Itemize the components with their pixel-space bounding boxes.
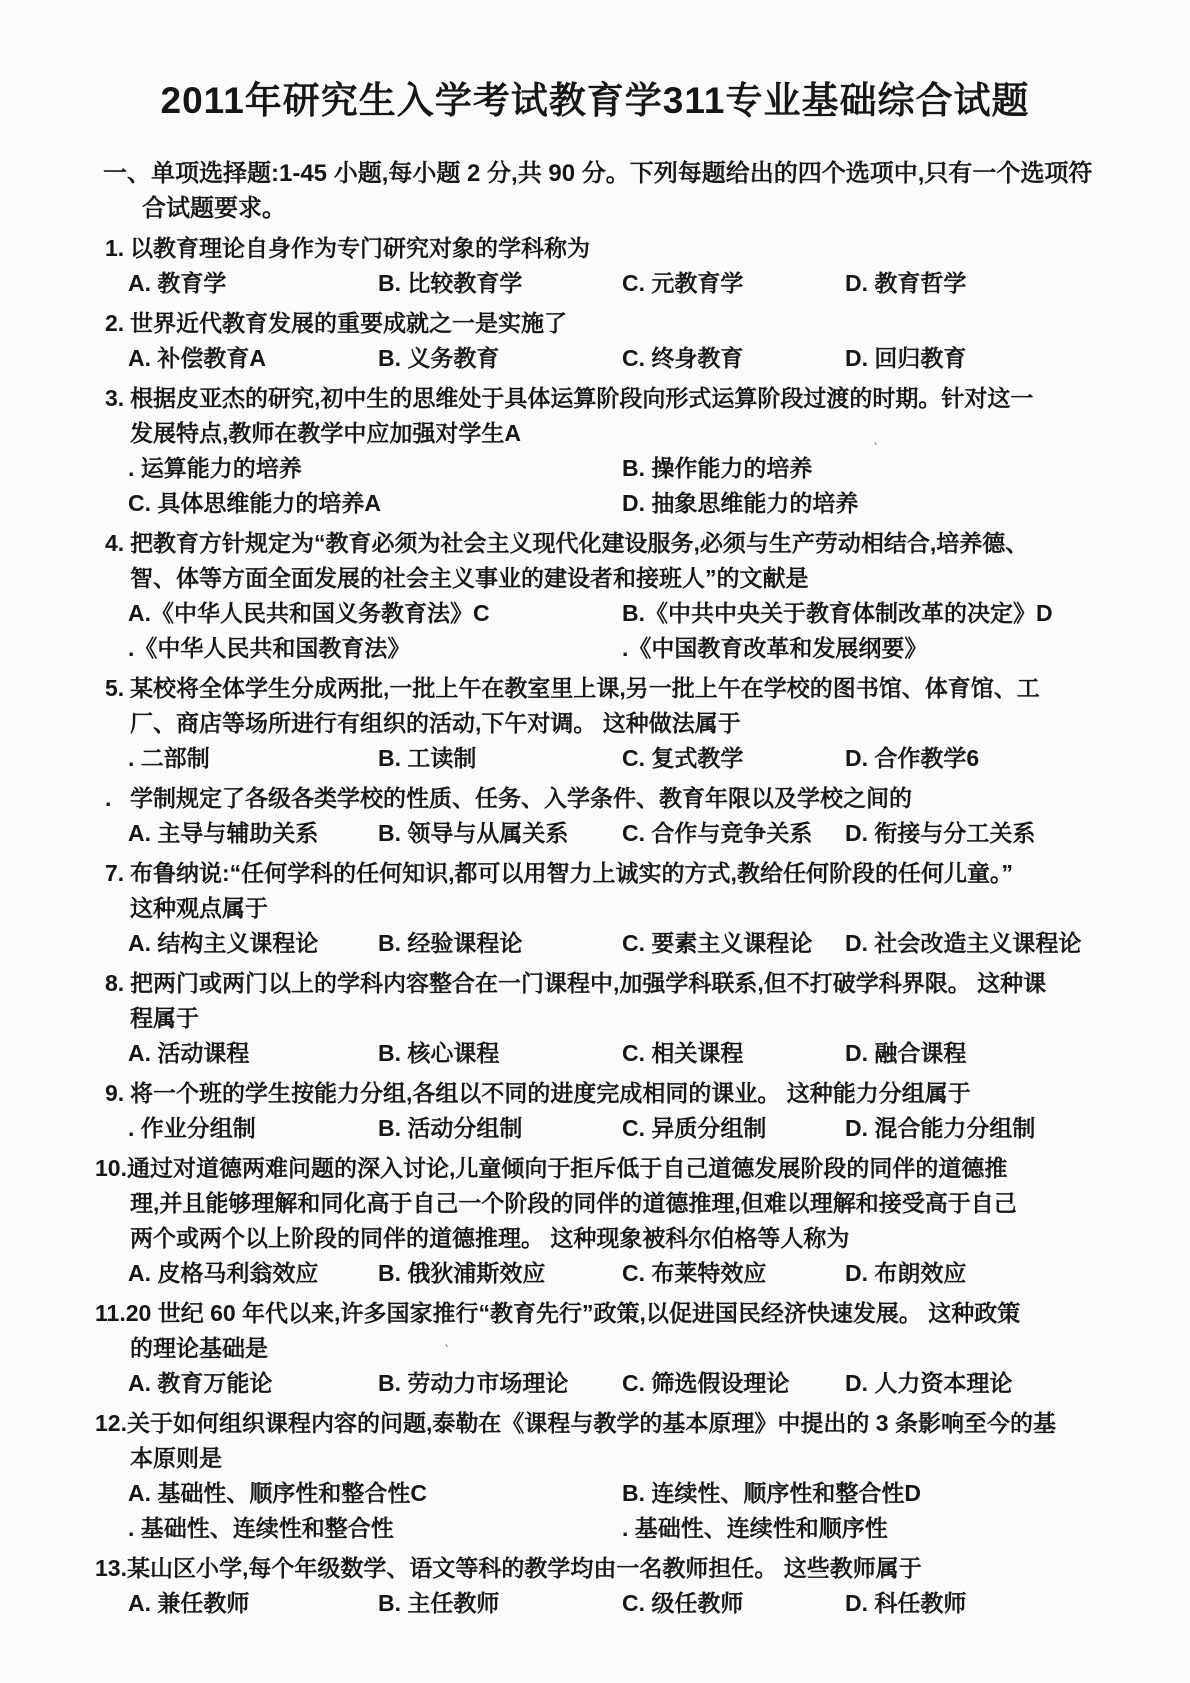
- option: C. 要素主义课程论: [622, 926, 845, 961]
- question-9: 9.将一个班的学生按能力分组,各组以不同的进度完成相同的课业。 这种能力分组属于…: [95, 1076, 1150, 1146]
- question-text: 把两门或两门以上的学科内容整合在一门课程中,加强学科联系,但不打破学科界限。 这…: [130, 970, 1046, 996]
- question-text-line: 4.把教育方针规定为“教育必须为社会主义现代化建设服务,必须与生产劳动相结合,培…: [95, 526, 1150, 561]
- question-text-line: 12.关于如何组织课程内容的问题,泰勒在《课程与教学的基本原理》中提出的 3 条…: [95, 1406, 1150, 1441]
- option: C. 级任教师: [622, 1586, 845, 1621]
- options-row: A. 皮格马利翁效应B. 俄狄浦斯效应C. 布莱特效应D. 布朗效应: [128, 1256, 1150, 1291]
- option: D. 社会改造主义课程论: [845, 926, 1150, 961]
- option: D. 抽象思维能力的培养: [622, 486, 1150, 521]
- page-title: 2011年研究生入学考试教育学311专业基础综合试题: [0, 0, 1190, 124]
- option: A. 活动课程: [128, 1036, 378, 1071]
- option: C. 布莱特效应: [622, 1256, 845, 1291]
- question-text-line: 5.某校将全体学生分成两批,一批上午在教室里上课,另一批上午在学校的图书馆、体育…: [95, 671, 1150, 706]
- options-row: A. 补偿教育AB. 义务教育C. 终身教育D. 回归教育: [128, 341, 1150, 376]
- option: .《中华人民共和国教育法》: [128, 631, 622, 666]
- option: C. 相关课程: [622, 1036, 845, 1071]
- option: C. 筛选假设理论: [622, 1366, 845, 1401]
- option: D. 融合课程: [845, 1036, 1150, 1071]
- question-text: 某山区小学,每个年级数学、语文等科的教学均由一名教师担任。 这些教师属于: [127, 1555, 922, 1581]
- question-text-continuation: 两个或两个以上阶段的同伴的道德推理。 这种现象被科尔伯格等人称为: [95, 1221, 1150, 1256]
- options-row: . 二部制B. 工读制C. 复式教学D. 合作教学6: [128, 741, 1150, 776]
- question-text: 学制规定了各级各类学校的性质、任务、入学条件、教育年限以及学校之间的: [130, 785, 912, 811]
- question-text-continuation: 的理论基础是: [95, 1331, 1150, 1366]
- option: D. 合作教学6: [845, 741, 1150, 776]
- question-number: 11.: [95, 1296, 126, 1331]
- option: A. 补偿教育A: [128, 341, 378, 376]
- option: C. 合作与竞争关系: [622, 816, 845, 851]
- option: B. 操作能力的培养: [622, 451, 1150, 486]
- option: B. 领导与从属关系: [378, 816, 622, 851]
- options-row: A. 教育学B. 比较教育学C. 元教育学D. 教育哲学: [128, 266, 1150, 301]
- option: .《中国教育改革和发展纲要》: [622, 631, 1150, 666]
- question-text: 通过对道德两难问题的深入讨论,儿童倾向于拒斥低于自己道德发展阶段的同伴的道德推: [127, 1155, 1007, 1181]
- options-row: . 运算能力的培养B. 操作能力的培养C. 具体思维能力的培养AD. 抽象思维能…: [128, 451, 1150, 521]
- options-row: A. 兼任教师B. 主任教师C. 级任教师D. 科任教师: [128, 1586, 1150, 1621]
- option: C. 具体思维能力的培养A: [128, 486, 622, 521]
- section-instructions-line-2: 合试题要求。: [103, 191, 1150, 226]
- question-text-continuation: 发展特点,教师在教学中应加强对学生A: [95, 416, 1150, 451]
- option: D. 教育哲学: [845, 266, 1150, 301]
- option: . 基础性、连续性和顺序性: [622, 1511, 1150, 1546]
- question-2: 2.世界近代教育发展的重要成就之一是实施了A. 补偿教育AB. 义务教育C. 终…: [95, 306, 1150, 376]
- options-row: A. 活动课程B. 核心课程C. 相关课程D. 融合课程: [128, 1036, 1150, 1071]
- question-11: 11.20 世纪 60 年代以来,许多国家推行“教育先行”政策,以促进国民经济快…: [95, 1296, 1150, 1401]
- option: B. 劳动力市场理论: [378, 1366, 622, 1401]
- question-5: 5.某校将全体学生分成两批,一批上午在教室里上课,另一批上午在学校的图书馆、体育…: [95, 671, 1150, 776]
- section-instructions: 一、单项选择题:1-45 小题,每小题 2 分,共 90 分。下列每题给出的四个…: [103, 156, 1150, 226]
- option: A. 教育学: [128, 266, 378, 301]
- question-number: .: [105, 781, 130, 816]
- option: B. 工读制: [378, 741, 622, 776]
- question-text: 某校将全体学生分成两批,一批上午在教室里上课,另一批上午在学校的图书馆、体育馆、…: [130, 675, 1040, 701]
- question-text-line: 3.根据皮亚杰的研究,初中生的思维处于具体运算阶段向形式运算阶段过渡的时期。针对…: [95, 381, 1150, 416]
- option: B. 核心课程: [378, 1036, 622, 1071]
- options-row: A. 教育万能论B. 劳动力市场理论C. 筛选假设理论D. 人力资本理论: [128, 1366, 1150, 1401]
- option: D. 科任教师: [845, 1586, 1150, 1621]
- option: A. 皮格马利翁效应: [128, 1256, 378, 1291]
- option: D. 人力资本理论: [845, 1366, 1150, 1401]
- question-7: 7.布鲁纳说:“任何学科的任何知识,都可以用智力上诚实的方式,教给任何阶段的任何…: [95, 856, 1150, 961]
- option: . 作业分组制: [128, 1111, 378, 1146]
- option: D. 布朗效应: [845, 1256, 1150, 1291]
- option: C. 异质分组制: [622, 1111, 845, 1146]
- option: D. 回归教育: [845, 341, 1150, 376]
- option: B. 主任教师: [378, 1586, 622, 1621]
- option: C. 终身教育: [622, 341, 845, 376]
- question-number: 2.: [105, 306, 130, 341]
- question-text: 20 世纪 60 年代以来,许多国家推行“教育先行”政策,以促进国民经济快速发展…: [126, 1300, 1021, 1326]
- question-text: 关于如何组织课程内容的问题,泰勒在《课程与教学的基本原理》中提出的 3 条影响至…: [127, 1410, 1056, 1436]
- option: C. 复式教学: [622, 741, 845, 776]
- question-text-line: 7.布鲁纳说:“任何学科的任何知识,都可以用智力上诚实的方式,教给任何阶段的任何…: [95, 856, 1150, 891]
- question-text-line: 8.把两门或两门以上的学科内容整合在一门课程中,加强学科联系,但不打破学科界限。…: [95, 966, 1150, 1001]
- question-text-continuation: 这种观点属于: [95, 891, 1150, 926]
- option: B. 经验课程论: [378, 926, 622, 961]
- question-3: 3.根据皮亚杰的研究,初中生的思维处于具体运算阶段向形式运算阶段过渡的时期。针对…: [95, 381, 1150, 521]
- question-text-line: 13.某山区小学,每个年级数学、语文等科的教学均由一名教师担任。 这些教师属于: [95, 1551, 1150, 1586]
- question-text: 布鲁纳说:“任何学科的任何知识,都可以用智力上诚实的方式,教给任何阶段的任何儿童…: [130, 860, 1013, 886]
- question-number: 7.: [105, 856, 130, 891]
- options-row: A. 结构主义课程论B. 经验课程论C. 要素主义课程论D. 社会改造主义课程论: [128, 926, 1150, 961]
- question-number: 3.: [105, 381, 130, 416]
- option: D. 混合能力分组制: [845, 1111, 1150, 1146]
- question-4: 4.把教育方针规定为“教育必须为社会主义现代化建设服务,必须与生产劳动相结合,培…: [95, 526, 1150, 666]
- option: A. 主导与辅助关系: [128, 816, 378, 851]
- question-8: 8.把两门或两门以上的学科内容整合在一门课程中,加强学科联系,但不打破学科界限。…: [95, 966, 1150, 1071]
- option: B.《中共中央关于教育体制改革的决定》D: [622, 596, 1150, 631]
- option: B. 义务教育: [378, 341, 622, 376]
- option: . 基础性、连续性和整合性: [128, 1511, 622, 1546]
- options-row: A. 基础性、顺序性和整合性CB. 连续性、顺序性和整合性D. 基础性、连续性和…: [128, 1476, 1150, 1546]
- question-number: 9.: [105, 1076, 130, 1111]
- option: B. 连续性、顺序性和整合性D: [622, 1476, 1150, 1511]
- question-text-line: 1.以教育理论自身作为专门研究对象的学科称为: [95, 231, 1150, 266]
- question-text-line: 11.20 世纪 60 年代以来,许多国家推行“教育先行”政策,以促进国民经济快…: [95, 1296, 1150, 1331]
- option: . 运算能力的培养: [128, 451, 622, 486]
- question-13: 13.某山区小学,每个年级数学、语文等科的教学均由一名教师担任。 这些教师属于A…: [95, 1551, 1150, 1621]
- option: . 二部制: [128, 741, 378, 776]
- question-text: 把教育方针规定为“教育必须为社会主义现代化建设服务,必须与生产劳动相结合,培养德…: [130, 530, 1028, 556]
- question-text-line: .学制规定了各级各类学校的性质、任务、入学条件、教育年限以及学校之间的: [95, 781, 1150, 816]
- question-text-line: 2.世界近代教育发展的重要成就之一是实施了: [95, 306, 1150, 341]
- question-list: 1.以教育理论自身作为专门研究对象的学科称为A. 教育学B. 比较教育学C. 元…: [95, 231, 1150, 1621]
- question-text: 根据皮亚杰的研究,初中生的思维处于具体运算阶段向形式运算阶段过渡的时期。针对这一: [130, 385, 1033, 411]
- question-number: 10.: [95, 1151, 127, 1186]
- question-text-continuation: 智、体等方面全面发展的社会主义事业的建设者和接班人”的文献是: [95, 561, 1150, 596]
- question-text-continuation: 本原则是: [95, 1441, 1150, 1476]
- question-10: 10.通过对道德两难问题的深入讨论,儿童倾向于拒斥低于自己道德发展阶段的同伴的道…: [95, 1151, 1150, 1291]
- question-text: 世界近代教育发展的重要成就之一是实施了: [130, 310, 567, 336]
- section-instructions-line-1: 一、单项选择题:1-45 小题,每小题 2 分,共 90 分。下列每题给出的四个…: [103, 156, 1150, 191]
- options-row: A.《中华人民共和国义务教育法》CB.《中共中央关于教育体制改革的决定》D.《中…: [128, 596, 1150, 666]
- question-number: 8.: [105, 966, 130, 1001]
- question-text: 将一个班的学生按能力分组,各组以不同的进度完成相同的课业。 这种能力分组属于: [130, 1080, 971, 1106]
- options-row: A. 主导与辅助关系B. 领导与从属关系C. 合作与竞争关系D. 衔接与分工关系: [128, 816, 1150, 851]
- question-text: 以教育理论自身作为专门研究对象的学科称为: [130, 235, 590, 261]
- question-number: 4.: [105, 526, 130, 561]
- question-6: .学制规定了各级各类学校的性质、任务、入学条件、教育年限以及学校之间的A. 主导…: [95, 781, 1150, 851]
- option: B. 俄狄浦斯效应: [378, 1256, 622, 1291]
- option: A. 结构主义课程论: [128, 926, 378, 961]
- option: A. 教育万能论: [128, 1366, 378, 1401]
- question-number: 13.: [95, 1551, 127, 1586]
- options-row: . 作业分组制B. 活动分组制C. 异质分组制D. 混合能力分组制: [128, 1111, 1150, 1146]
- question-text-line: 10.通过对道德两难问题的深入讨论,儿童倾向于拒斥低于自己道德发展阶段的同伴的道…: [95, 1151, 1150, 1186]
- option: B. 活动分组制: [378, 1111, 622, 1146]
- question-number: 1.: [105, 231, 130, 266]
- question-text-line: 9.将一个班的学生按能力分组,各组以不同的进度完成相同的课业。 这种能力分组属于: [95, 1076, 1150, 1111]
- option: B. 比较教育学: [378, 266, 622, 301]
- option: C. 元教育学: [622, 266, 845, 301]
- question-number: 5.: [105, 671, 130, 706]
- question-text-continuation: 理,并且能够理解和同化高于自己一个阶段的同伴的道德推理,但难以理解和接受高于自己: [95, 1186, 1150, 1221]
- question-number: 12.: [95, 1406, 127, 1441]
- option: A. 基础性、顺序性和整合性C: [128, 1476, 622, 1511]
- question-text-continuation: 厂、商店等场所进行有组织的活动,下午对调。 这种做法属于: [95, 706, 1150, 741]
- option: D. 衔接与分工关系: [845, 816, 1150, 851]
- option: A.《中华人民共和国义务教育法》C: [128, 596, 622, 631]
- question-text-continuation: 程属于: [95, 1001, 1150, 1036]
- option: A. 兼任教师: [128, 1586, 378, 1621]
- exam-paper-page: 2011年研究生入学考试教育学311专业基础综合试题 一、单项选择题:1-45 …: [0, 0, 1190, 1683]
- question-12: 12.关于如何组织课程内容的问题,泰勒在《课程与教学的基本原理》中提出的 3 条…: [95, 1406, 1150, 1546]
- question-1: 1.以教育理论自身作为专门研究对象的学科称为A. 教育学B. 比较教育学C. 元…: [95, 231, 1150, 301]
